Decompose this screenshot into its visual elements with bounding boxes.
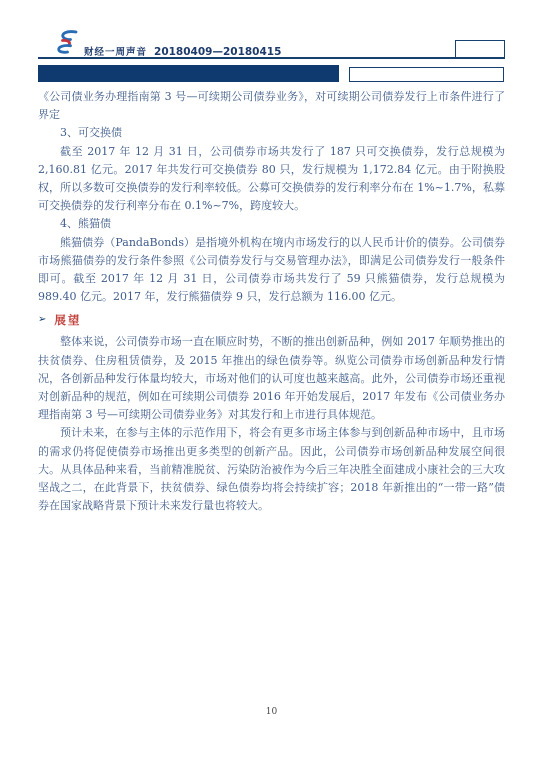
paragraph-continuation: 《公司债业务办理指南第 3 号—可续期公司债券业务》，对可续期公司债券发行上市条… — [38, 88, 505, 124]
subheading-panda-bonds: 4、熊猫债 — [38, 215, 505, 233]
outlook-heading-label: 展望 — [54, 311, 81, 329]
paragraph-outlook-2: 预计未来，在参与主体的示范作用下，将会有更多市场主体参与到创新品种市场中，且市场… — [38, 424, 505, 515]
header-tab-outline — [455, 40, 505, 57]
paragraph-panda-bonds: 熊猫债券（PandaBonds）是指境外机构在境内市场发行的以人民币计价的债券。… — [38, 234, 505, 307]
brand-name: 财经一周声音 — [84, 44, 147, 58]
document-body: 《公司债业务办理指南第 3 号—可续期公司债券业务》，对可续期公司债券发行上市条… — [38, 88, 505, 515]
subheading-exchangeable-bonds: 3、可交换债 — [38, 124, 505, 142]
paragraph-exchangeable-bonds: 截至 2017 年 12 月 31 日，公司债券市场共发行了 187 只可交换债… — [38, 143, 505, 216]
header-navy-bar — [38, 65, 339, 82]
brand-logo-icon — [54, 29, 80, 55]
paragraph-outlook-1: 整体来说，公司债券市场一直在顺应时势，不断的推出创新品种，例如 2017 年顺势… — [38, 333, 505, 424]
header-rule — [38, 57, 505, 59]
outlook-section-heading: ➢ 展望 — [38, 311, 505, 329]
page-number: 10 — [0, 707, 543, 717]
header-outline-box — [349, 67, 504, 82]
header-brand-line: 财经一周声音 20180409—20180415 — [84, 44, 281, 58]
report-page: 财经一周声音 20180409—20180415 《公司债业务办理指南第 3 号… — [0, 0, 543, 768]
arrow-bullet-icon: ➢ — [38, 311, 46, 329]
